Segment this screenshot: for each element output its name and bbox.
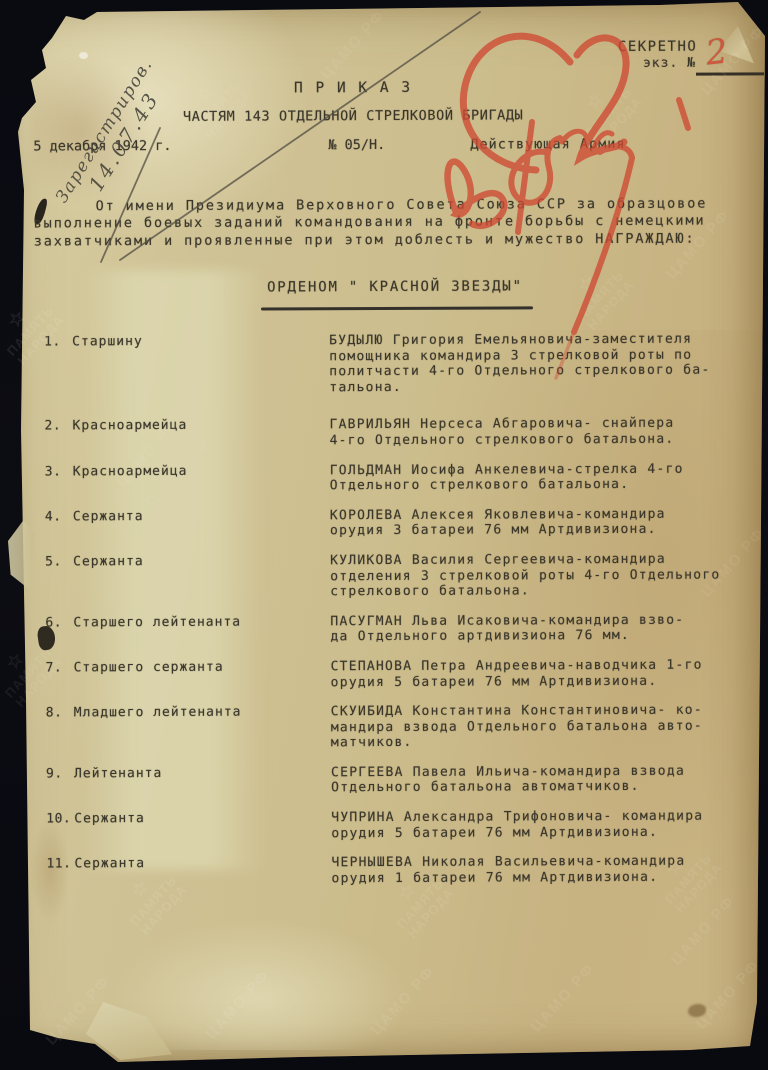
entry-description: ГОЛЬДМАН Иосифа Анкелевича-стрелка 4-гоО…	[330, 461, 757, 494]
entry-rank: Младшего лейтенанта	[74, 704, 331, 752]
awardee-entry: 3.КрасноармейцаГОЛЬДМАН Иосифа Анкелевич…	[45, 461, 757, 495]
preamble-paragraph: От имени Президиума Верховного Совета Со…	[34, 195, 734, 250]
entry-number: 7.	[46, 660, 74, 691]
entry-description: ЧЕРНЫШЕВА Николая Васильевича-командирао…	[331, 854, 758, 887]
entry-description-line: Отдельного батальона автоматчиков.	[331, 779, 758, 796]
entry-description: КУЛИКОВА Василия Сергеевича-командираотд…	[330, 551, 757, 600]
entry-description-line: тальона.	[329, 378, 756, 395]
entry-description-line: орудия 3 батареи 76 мм Артдивизиона.	[330, 522, 757, 539]
entry-description-line: матчиков.	[331, 734, 758, 751]
entry-description: КОРОЛЕВА Алексея Яковлевича-командираору…	[330, 506, 757, 539]
entry-description-line: ГОЛЬДМАН Иосифа Анкелевича-стрелка 4-го	[330, 461, 757, 478]
entry-description-line: мандира взвода Отдельного батальона авто…	[331, 718, 758, 735]
entry-description-line: 4-го Отдельного стрелкового батальона.	[330, 431, 757, 448]
copy-number-label: экз. №	[643, 56, 696, 71]
entry-description-line: ПАСУГМАН Льва Исаковича-командира взво-	[330, 612, 757, 629]
award-heading-underline	[261, 306, 533, 310]
awardee-entry: 2.КрасноармейцаГАВРИЛЬЯН Нерсеса Абгаров…	[44, 416, 756, 450]
entry-rank: Сержанта	[73, 508, 330, 540]
entry-rank: Старшину	[72, 333, 329, 396]
entry-number: 5.	[45, 554, 73, 601]
torn-edge-flap	[8, 520, 34, 590]
awardee-list: 1.СтаршинуБУДЫЛЮ Григория Емельяновича-з…	[44, 331, 758, 902]
entry-description-line: стрелкового батальона.	[330, 582, 757, 599]
entry-description: СТЕПАНОВА Петра Андреевича-наводчика 1-г…	[331, 657, 758, 690]
entry-number: 9.	[46, 766, 74, 797]
entry-rank: Сержанта	[74, 855, 331, 887]
entry-number: 2.	[44, 419, 72, 450]
copy-number-underline	[696, 72, 764, 75]
entry-number: 3.	[45, 464, 73, 495]
army-label: Действующая Армия	[470, 136, 625, 153]
awardee-entry: 8.Младшего лейтенантаСКУИБИДА Константин…	[46, 702, 758, 752]
paper-sheet: СЕКРЕТНО экз. № 2 П Р И К А З ЧАСТЯМ 143…	[0, 0, 768, 1070]
entry-description-line: СКУИБИДА Константина Константиновича- ко…	[331, 702, 758, 719]
entry-description-line: ЧУПРИНА Александра Трифоновича- командир…	[331, 808, 758, 825]
awardee-entry: 6.Старшего лейтенантаПАСУГМАН Льва Исако…	[45, 612, 757, 646]
entry-number: 4.	[45, 509, 73, 540]
entry-rank: Красноармейца	[72, 418, 329, 450]
entry-rank: Лейтенанта	[74, 765, 331, 797]
award-heading: ОРДЕНОМ " КРАСНОЙ ЗВЕЗДЫ"	[0, 277, 768, 296]
entry-rank: Старшего сержанта	[74, 659, 331, 691]
awardee-entry: 10.СержантаЧУПРИНА Александра Трифонович…	[46, 808, 758, 842]
entry-rank: Сержанта	[73, 553, 330, 601]
awardee-entry: 11.СержантаЧЕРНЫШЕВА Николая Васильевича…	[46, 854, 758, 888]
entry-description: ГАВРИЛЬЯН Нерсеса Абгаровича- снайпера4-…	[329, 416, 756, 449]
entry-description-line: Отдельного стрелкового батальона.	[330, 477, 757, 494]
entry-rank: Сержанта	[74, 810, 331, 842]
classification-stamp: СЕКРЕТНО	[618, 39, 698, 55]
entry-description-line: орудия 5 батареи 76 мм Артдивизиона.	[331, 824, 758, 841]
entry-description: ПАСУГМАН Льва Исаковича-командира взво-д…	[330, 612, 757, 645]
entry-description: БУДЫЛЮ Григория Емельяновича-заместителя…	[329, 331, 756, 395]
entry-description-line: СТЕПАНОВА Петра Андреевича-наводчика 1-г…	[331, 657, 758, 674]
entry-description-line: орудия 5 батареи 76 мм Артдивизиона.	[331, 673, 758, 690]
entry-description-line: КУЛИКОВА Василия Сергеевича-командира	[330, 551, 757, 568]
entry-number: 10.	[46, 811, 74, 842]
entry-description-line: ЧЕРНЫШЕВА Николая Васильевича-командира	[331, 854, 758, 871]
entry-rank: Красноармейца	[73, 463, 330, 495]
awardee-entry: 1.СтаршинуБУДЫЛЮ Григория Емельяновича-з…	[44, 331, 756, 396]
awardee-entry: 7.Старшего сержантаСТЕПАНОВА Петра Андре…	[46, 657, 758, 691]
entry-description-line: СЕРГЕЕВА Павела Ильича-командира взвода	[331, 763, 758, 780]
entry-number: 8.	[46, 705, 74, 752]
awardee-entry: 9.ЛейтенантаСЕРГЕЕВА Павела Ильича-коман…	[46, 763, 758, 797]
preamble-line: захватчиками и проявленные при этом добл…	[34, 230, 734, 250]
awardee-entry: 5.СержантаКУЛИКОВА Василия Сергеевича-ко…	[45, 551, 757, 601]
entry-number: 1.	[44, 334, 72, 396]
entry-description-line: БУДЫЛЮ Григория Емельяновича-заместителя	[329, 331, 756, 348]
entry-description-line: политчасти 4-го Отдельного стрелкового б…	[329, 363, 756, 380]
entry-description: СЕРГЕЕВА Павела Ильича-командира взводаО…	[331, 763, 758, 796]
entry-description: ЧУПРИНА Александра Трифоновича- командир…	[331, 808, 758, 841]
order-title: П Р И К А З	[0, 79, 708, 98]
entry-description-line: КОРОЛЕВА Алексея Яковлевича-командира	[330, 506, 757, 523]
entry-number: 11.	[46, 857, 74, 888]
copy-number-handwritten: 2	[704, 31, 730, 73]
entry-description-line: отделения 3 стрелковой роты 4-го Отдельн…	[330, 567, 757, 584]
order-number: № 05/Н.	[328, 137, 385, 153]
scanned-document-page: СЕКРЕТНО экз. № 2 П Р И К А З ЧАСТЯМ 143…	[0, 0, 768, 1070]
entry-description: СКУИБИДА Константина Константиновича- ко…	[331, 702, 758, 751]
awardee-entry: 4.СержантаКОРОЛЕВА Алексея Яковлевича-ко…	[45, 506, 757, 540]
entry-description-line: да Отдельного артдивизиона 76 мм.	[330, 628, 757, 645]
entry-description-line: орудия 1 батареи 76 мм Артдивизиона.	[331, 869, 758, 886]
entry-number: 6.	[45, 615, 73, 646]
entry-description-line: ГАВРИЛЬЯН Нерсеса Абгаровича- снайпера	[329, 416, 756, 433]
entry-rank: Старшего лейтенанта	[73, 614, 330, 646]
